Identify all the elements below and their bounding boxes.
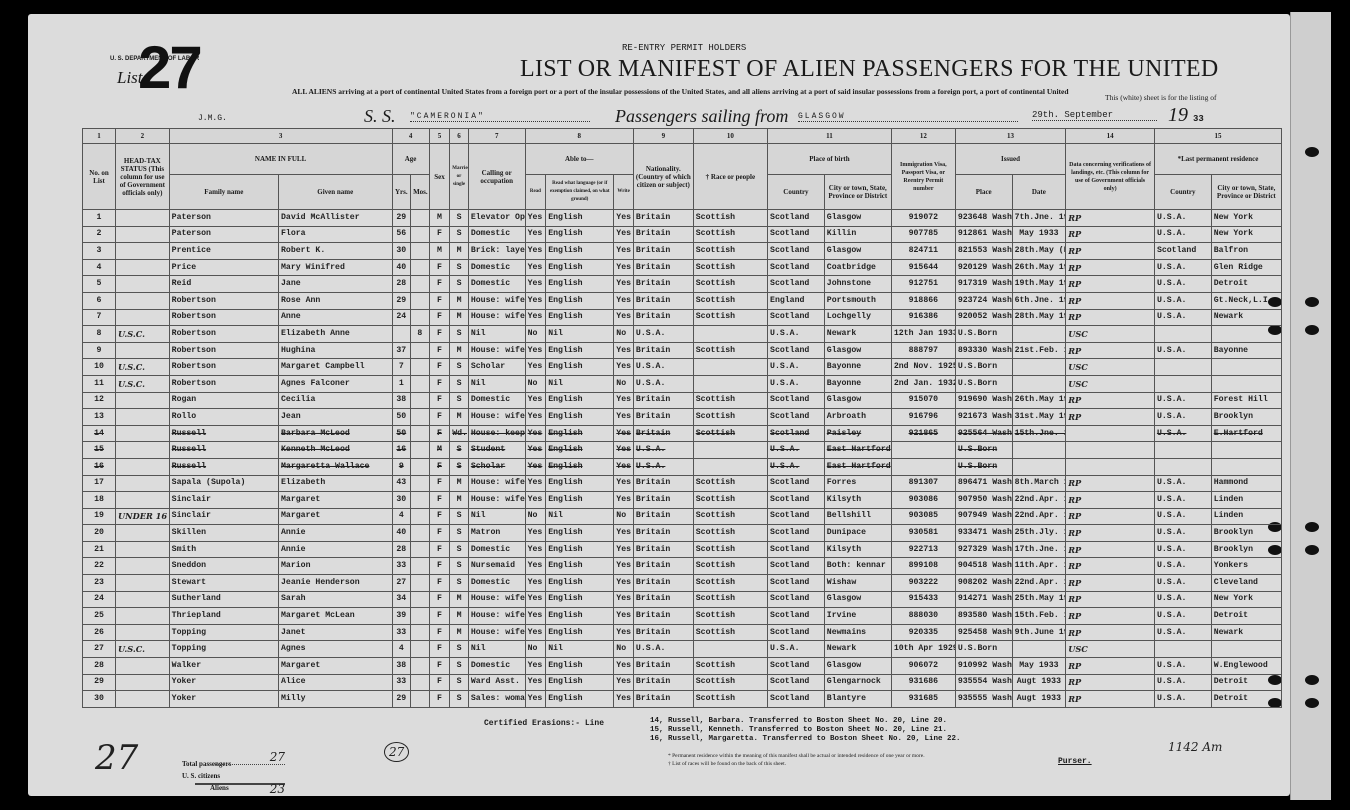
cell-nat: Britain (633, 425, 693, 442)
cell-occ: Nil (468, 375, 525, 392)
cell-bcity: Bellshill (824, 508, 891, 525)
cell-mos (411, 608, 430, 625)
cell-mos (411, 259, 430, 276)
transfer-note: 16, Russell, Margaretta. Transferred to … (650, 735, 961, 743)
passenger-row: 13RolloJean50FMHouse: wifeYesEnglishYesB… (83, 409, 1282, 426)
cell-idate (1012, 375, 1066, 392)
cell-iplace: 907950 Wash. (955, 492, 1012, 509)
instructions-text: ALL ALIENS arriving at a port of contine… (292, 87, 1069, 96)
cell-sex: F (429, 541, 450, 558)
transfer-note: 14, Russell, Barbara. Transferred to Bos… (650, 717, 947, 725)
col-married: Married or single (450, 144, 469, 210)
cell-race: Scottish (693, 541, 767, 558)
cell-iplace: U.S.Born (955, 375, 1012, 392)
cell-family: Robertson (169, 359, 278, 376)
cell-bcity: Killin (824, 226, 891, 243)
cell-family: Prentice (169, 243, 278, 260)
cell-write: Yes (614, 359, 634, 376)
passenger-row: 29YokerAlice33FSWard Asst.YesEnglishYesB… (83, 674, 1282, 691)
cell-rcountry: U.S.A. (1154, 309, 1211, 326)
col-issued: Issued (955, 144, 1065, 175)
cell-given: Hughina (279, 342, 393, 359)
cell-tax: UNDER 16 (116, 508, 170, 525)
cell-no: 1 (83, 210, 116, 227)
cell-verif: RP (1066, 591, 1155, 608)
cell-occ: Domestic (468, 541, 525, 558)
cell-iplace: 821553 Wash. (955, 243, 1012, 260)
cell-iplace: 893580 Wash. (955, 608, 1012, 625)
cell-sex: F (429, 608, 450, 625)
cell-ms: M (450, 475, 469, 492)
cell-iplace: 907949 Wash. (955, 508, 1012, 525)
cell-lang: English (546, 342, 614, 359)
cell-bcountry: Scotland (768, 624, 825, 641)
cell-bcountry: Scotland (768, 342, 825, 359)
cell-idate: 26th.May 1933 (1012, 392, 1066, 409)
cell-yrs: 1 (392, 375, 411, 392)
cell-iplace: 921673 Wash. (955, 409, 1012, 426)
cell-yrs: 4 (392, 508, 411, 525)
departure-year: 19 33 (1168, 104, 1204, 127)
cell-read: Yes (525, 475, 546, 492)
cell-no: 12 (83, 392, 116, 409)
cell-rcity: Balfron (1211, 243, 1281, 260)
cell-rcity: Newark (1211, 624, 1281, 641)
cell-read: Yes (525, 425, 546, 442)
cell-nat: Britain (633, 292, 693, 309)
cell-race: Scottish (693, 691, 767, 708)
cell-iplace: 925564 Wash. (955, 425, 1012, 442)
cell-rcity: Cleveland (1211, 575, 1281, 592)
passenger-row: 16RussellMargaretta Wallace9FSScholarYes… (83, 458, 1282, 475)
cell-family: Smith (169, 541, 278, 558)
cell-tax (116, 591, 170, 608)
cell-iplace: 919690 Wash. (955, 392, 1012, 409)
cell-mos (411, 226, 430, 243)
cell-lang: Nil (546, 508, 614, 525)
cell-write: Yes (614, 342, 634, 359)
cell-bcity: Newmains (824, 624, 891, 641)
cell-mos (411, 276, 430, 293)
cell-no: 19 (83, 508, 116, 525)
cell-bcity: Glengarnock (824, 674, 891, 691)
cell-nat: Britain (633, 608, 693, 625)
cell-visa: 930581 (891, 525, 955, 542)
cell-sex: F (429, 691, 450, 708)
cell-lang: English (546, 492, 614, 509)
cell-iplace: 925458 Wash. (955, 624, 1012, 641)
cell-nat: Britain (633, 492, 693, 509)
cell-sex: F (429, 591, 450, 608)
cell-ms: S (450, 226, 469, 243)
cell-no: 5 (83, 276, 116, 293)
cell-idate: 8th.March 1933 (1012, 475, 1066, 492)
cell-no: 3 (83, 243, 116, 260)
cell-family: Sinclair (169, 492, 278, 509)
cell-visa: 920335 (891, 624, 955, 641)
cell-ms: S (450, 259, 469, 276)
cell-visa: 888030 (891, 608, 955, 625)
cell-lang: Nil (546, 641, 614, 658)
cell-no: 4 (83, 259, 116, 276)
cell-write: Yes (614, 409, 634, 426)
cell-visa: 824711 (891, 243, 955, 260)
cell-occ: Domestic (468, 658, 525, 675)
cell-ms: S (450, 326, 469, 343)
cell-bcity: Arbroath (824, 409, 891, 426)
cell-yrs: 29 (392, 292, 411, 309)
passenger-row: 18SinclairMargaret30FMHouse: wifeYesEngl… (83, 492, 1282, 509)
cell-given: Robert K. (279, 243, 393, 260)
cell-occ: House: keeper (468, 425, 525, 442)
cell-read: Yes (525, 575, 546, 592)
cell-occ: Scholar (468, 359, 525, 376)
cell-read: Yes (525, 226, 546, 243)
cell-no: 11 (83, 375, 116, 392)
cell-tax (116, 243, 170, 260)
cell-bcity: Wishaw (824, 575, 891, 592)
cell-visa: 903086 (891, 492, 955, 509)
race-footnote: † List of races will be found on the bac… (668, 761, 786, 767)
col-data-concerning: Data concerning verifications of landing… (1066, 144, 1155, 210)
cell-read: Yes (525, 276, 546, 293)
cell-race: Scottish (693, 409, 767, 426)
cell-family: Paterson (169, 210, 278, 227)
col-no-on-list: No. on List (83, 144, 116, 210)
cell-bcity: East Hartford (824, 458, 891, 475)
cell-bcountry: U.S.A. (768, 442, 825, 459)
cell-lang: English (546, 276, 614, 293)
cell-race: Scottish (693, 558, 767, 575)
cell-occ: Nil (468, 508, 525, 525)
cell-visa: 919072 (891, 210, 955, 227)
cell-given: Jeanie Henderson (279, 575, 393, 592)
cell-idate (1012, 326, 1066, 343)
col-able-to: Able to— (525, 144, 633, 175)
cell-occ: Ward Asst. (468, 674, 525, 691)
cell-rcountry: U.S.A. (1154, 608, 1211, 625)
cell-mos (411, 458, 430, 475)
punch-hole (1305, 297, 1319, 307)
cell-rcountry: U.S.A. (1154, 226, 1211, 243)
passenger-manifest-table: 1 2 3 4 5 6 7 8 9 10 11 12 13 14 15 No. … (82, 128, 1282, 708)
cell-rcity: Gt.Neck,L.I (1211, 292, 1281, 309)
cell-given: David McAllister (279, 210, 393, 227)
cell-read: Yes (525, 210, 546, 227)
cell-rcountry: U.S.A. (1154, 575, 1211, 592)
cell-read: Yes (525, 292, 546, 309)
cell-idate: 21st.Feb. 1933 (1012, 342, 1066, 359)
cell-ms: S (450, 691, 469, 708)
cell-verif: RP (1066, 508, 1155, 525)
cell-nat: Britain (633, 342, 693, 359)
cell-write: Yes (614, 458, 634, 475)
cell-tax (116, 442, 170, 459)
cell-family: Robertson (169, 326, 278, 343)
cell-nat: Britain (633, 210, 693, 227)
cell-given: Milly (279, 691, 393, 708)
cell-race (693, 326, 767, 343)
cell-lang: English (546, 541, 614, 558)
cell-rcountry: U.S.A. (1154, 658, 1211, 675)
cell-bcity: Irvine (824, 608, 891, 625)
cell-bcity: Blantyre (824, 691, 891, 708)
cell-visa: 918866 (891, 292, 955, 309)
cell-yrs: 50 (392, 409, 411, 426)
cell-lang: English (546, 674, 614, 691)
cell-sex: F (429, 558, 450, 575)
cell-mos: 8 (411, 326, 430, 343)
cell-read: Yes (525, 458, 546, 475)
cell-sex: F (429, 292, 450, 309)
cell-race: Scottish (693, 259, 767, 276)
cell-visa: 922713 (891, 541, 955, 558)
cell-yrs: 43 (392, 475, 411, 492)
cell-sex: F (429, 508, 450, 525)
reentry-heading: RE-ENTRY PERMIT HOLDERS (622, 43, 746, 53)
cell-family: Reid (169, 276, 278, 293)
purser-label: Purser. (1058, 757, 1092, 766)
passenger-row: 7RobertsonAnne24FMHouse: wifeYesEnglishY… (83, 309, 1282, 326)
cell-mos (411, 409, 430, 426)
cell-yrs: 7 (392, 359, 411, 376)
cell-occ: House: wife (468, 492, 525, 509)
cell-ms: S (450, 458, 469, 475)
cell-yrs: 40 (392, 525, 411, 542)
cell-mos (411, 210, 430, 227)
cell-visa: 891307 (891, 475, 955, 492)
cell-given: Mary Winifred (279, 259, 393, 276)
cell-write: Yes (614, 525, 634, 542)
cell-nat: Britain (633, 674, 693, 691)
cell-iplace: 917319 Wash. (955, 276, 1012, 293)
cell-nat: Britain (633, 658, 693, 675)
cell-ms: Wd. (450, 425, 469, 442)
cell-lang: English (546, 475, 614, 492)
cell-mos (411, 392, 430, 409)
punch-hole (1305, 522, 1319, 532)
cell-bcountry: Scotland (768, 674, 825, 691)
cell-no: 6 (83, 292, 116, 309)
cell-family: Russell (169, 442, 278, 459)
cell-write: Yes (614, 558, 634, 575)
cell-visa: 907785 (891, 226, 955, 243)
cell-bcity: Forres (824, 475, 891, 492)
cell-verif: RP (1066, 292, 1155, 309)
cell-rcity: Detroit (1211, 674, 1281, 691)
cell-ms: S (450, 359, 469, 376)
cell-no: 24 (83, 591, 116, 608)
cell-race (693, 375, 767, 392)
passenger-row: 22SneddonMarion33FSNursemaidYesEnglishYe… (83, 558, 1282, 575)
cell-read: Yes (525, 674, 546, 691)
passenger-row: 19UNDER 16SinclairMargaret4FSNilNoNilNoB… (83, 508, 1282, 525)
cell-no: 18 (83, 492, 116, 509)
col-mos: Mos. (411, 175, 430, 210)
cell-occ: House: wife (468, 624, 525, 641)
cell-race: Scottish (693, 608, 767, 625)
cell-yrs: 38 (392, 392, 411, 409)
cell-ms: M (450, 492, 469, 509)
cell-rcountry: U.S.A. (1154, 342, 1211, 359)
cell-lang: English (546, 591, 614, 608)
cell-nat: Britain (633, 243, 693, 260)
punch-hole (1305, 545, 1319, 555)
cell-nat: Britain (633, 591, 693, 608)
cell-ms: S (450, 442, 469, 459)
cell-race: Scottish (693, 508, 767, 525)
cell-bcountry: Scotland (768, 691, 825, 708)
col-calling: Calling or occupation (468, 144, 525, 210)
cell-idate: 28th.May (Extended) (1012, 243, 1066, 260)
cell-rcountry: U.S.A. (1154, 624, 1211, 641)
cell-nat: U.S.A. (633, 359, 693, 376)
cell-rcity: Linden (1211, 508, 1281, 525)
cell-read: Yes (525, 359, 546, 376)
cell-read: Yes (525, 259, 546, 276)
cell-visa (891, 458, 955, 475)
cell-iplace: 893330 Wash. (955, 342, 1012, 359)
cell-ms: M (450, 624, 469, 641)
cell-sex: F (429, 375, 450, 392)
cell-ms: S (450, 674, 469, 691)
cell-idate: May 1933 (1012, 658, 1066, 675)
cell-rcountry (1154, 359, 1211, 376)
cell-no: 13 (83, 409, 116, 426)
column-header-row: No. on List HEAD-TAX STATUS (This column… (83, 144, 1282, 175)
cell-iplace: 933471 Wash. (955, 525, 1012, 542)
cell-verif: USC (1066, 359, 1155, 376)
cell-mos (411, 575, 430, 592)
cell-iplace: 904518 Wash. (955, 558, 1012, 575)
cell-visa: 912751 (891, 276, 955, 293)
cell-rcountry: U.S.A. (1154, 691, 1211, 708)
cell-mos (411, 292, 430, 309)
cell-bcity: Glasgow (824, 210, 891, 227)
cell-rcity: Detroit (1211, 691, 1281, 708)
aliens-value: 23 (215, 782, 285, 796)
cell-nat: Britain (633, 575, 693, 592)
cell-rcountry: U.S.A. (1154, 425, 1211, 442)
cell-idate (1012, 359, 1066, 376)
cell-no: 16 (83, 458, 116, 475)
cell-tax (116, 492, 170, 509)
cell-idate: Augt 1933 (1012, 674, 1066, 691)
cell-rcity: E.Hartford (1211, 425, 1281, 442)
passenger-row: 15RussellKenneth McLeod16MSStudentYesEng… (83, 442, 1282, 459)
cell-nat: Britain (633, 525, 693, 542)
transfer-note: 15, Russell, Kenneth. Transferred to Bos… (650, 726, 947, 734)
cell-verif: RP (1066, 210, 1155, 227)
cell-lang: English (546, 425, 614, 442)
cell-no: 29 (83, 674, 116, 691)
sailing-label: Passengers sailing from (615, 106, 788, 127)
cell-mos (411, 508, 430, 525)
cell-tax (116, 658, 170, 675)
cell-bcity: Newark (824, 641, 891, 658)
cell-lang: Nil (546, 375, 614, 392)
cell-occ: Domestic (468, 259, 525, 276)
cell-rcountry: U.S.A. (1154, 525, 1211, 542)
cell-bcountry: Scotland (768, 575, 825, 592)
cell-read: Yes (525, 492, 546, 509)
cell-iplace: U.S.Born (955, 458, 1012, 475)
cell-mos (411, 558, 430, 575)
cell-bcity: Both: kennar (824, 558, 891, 575)
col-head-tax: HEAD-TAX STATUS (This column for use of … (116, 144, 170, 210)
cell-nat: Britain (633, 541, 693, 558)
cell-bcountry: Scotland (768, 392, 825, 409)
cell-race: Scottish (693, 624, 767, 641)
passenger-row: 2PatersonFlora56FSDomesticYesEnglishYesB… (83, 226, 1282, 243)
cell-occ: Domestic (468, 226, 525, 243)
cell-bcountry: Scotland (768, 475, 825, 492)
cell-write: Yes (614, 475, 634, 492)
cell-family: Russell (169, 458, 278, 475)
cell-race: Scottish (693, 210, 767, 227)
cell-tax: U.S.C. (116, 641, 170, 658)
cell-family: Stewart (169, 575, 278, 592)
cell-mos (411, 674, 430, 691)
passenger-row: 25ThrieplandMargaret McLean39FMHouse: wi… (83, 608, 1282, 625)
cell-lang: English (546, 309, 614, 326)
cell-rcountry (1154, 458, 1211, 475)
cell-race: Scottish (693, 425, 767, 442)
cell-no: 25 (83, 608, 116, 625)
cell-write: Yes (614, 276, 634, 293)
cell-write: Yes (614, 392, 634, 409)
cell-yrs: 30 (392, 492, 411, 509)
cell-ms: S (450, 210, 469, 227)
cell-verif: RP (1066, 475, 1155, 492)
cell-sex: F (429, 259, 450, 276)
cell-occ: House: wife (468, 608, 525, 625)
cell-bcountry: Scotland (768, 658, 825, 675)
cell-write: Yes (614, 259, 634, 276)
cell-bcountry: U.S.A. (768, 375, 825, 392)
cell-visa: 906072 (891, 658, 955, 675)
cell-given: Margaret McLean (279, 608, 393, 625)
cell-race (693, 359, 767, 376)
cell-lang: English (546, 409, 614, 426)
cell-ms: M (450, 591, 469, 608)
cell-read: Yes (525, 525, 546, 542)
cell-lang: English (546, 359, 614, 376)
cell-occ: Nil (468, 326, 525, 343)
cell-idate: 25th.Jly. 1933 (1012, 525, 1066, 542)
cell-given: Barbara McLeod (279, 425, 393, 442)
cell-nat: Britain (633, 259, 693, 276)
cell-given: Anne (279, 309, 393, 326)
cell-rcountry: U.S.A. (1154, 392, 1211, 409)
col-nationality: Nationality. (Country of which citizen o… (633, 144, 693, 210)
cell-verif: RP (1066, 575, 1155, 592)
cell-family: Russell (169, 425, 278, 442)
cell-write: Yes (614, 492, 634, 509)
cell-visa: 12th Jan 1933 (891, 326, 955, 343)
cell-family: Thriepland (169, 608, 278, 625)
cell-iplace: 896471 Wash. (955, 475, 1012, 492)
cell-write: Yes (614, 691, 634, 708)
cell-given: Flora (279, 226, 393, 243)
cell-mos (411, 624, 430, 641)
cell-visa: 931685 (891, 691, 955, 708)
cell-sex: F (429, 276, 450, 293)
cell-lang: English (546, 458, 614, 475)
passenger-row: 9RobertsonHughina37FMHouse: wifeYesEngli… (83, 342, 1282, 359)
cell-bcity: Bayonne (824, 375, 891, 392)
cell-rcountry: U.S.A. (1154, 591, 1211, 608)
